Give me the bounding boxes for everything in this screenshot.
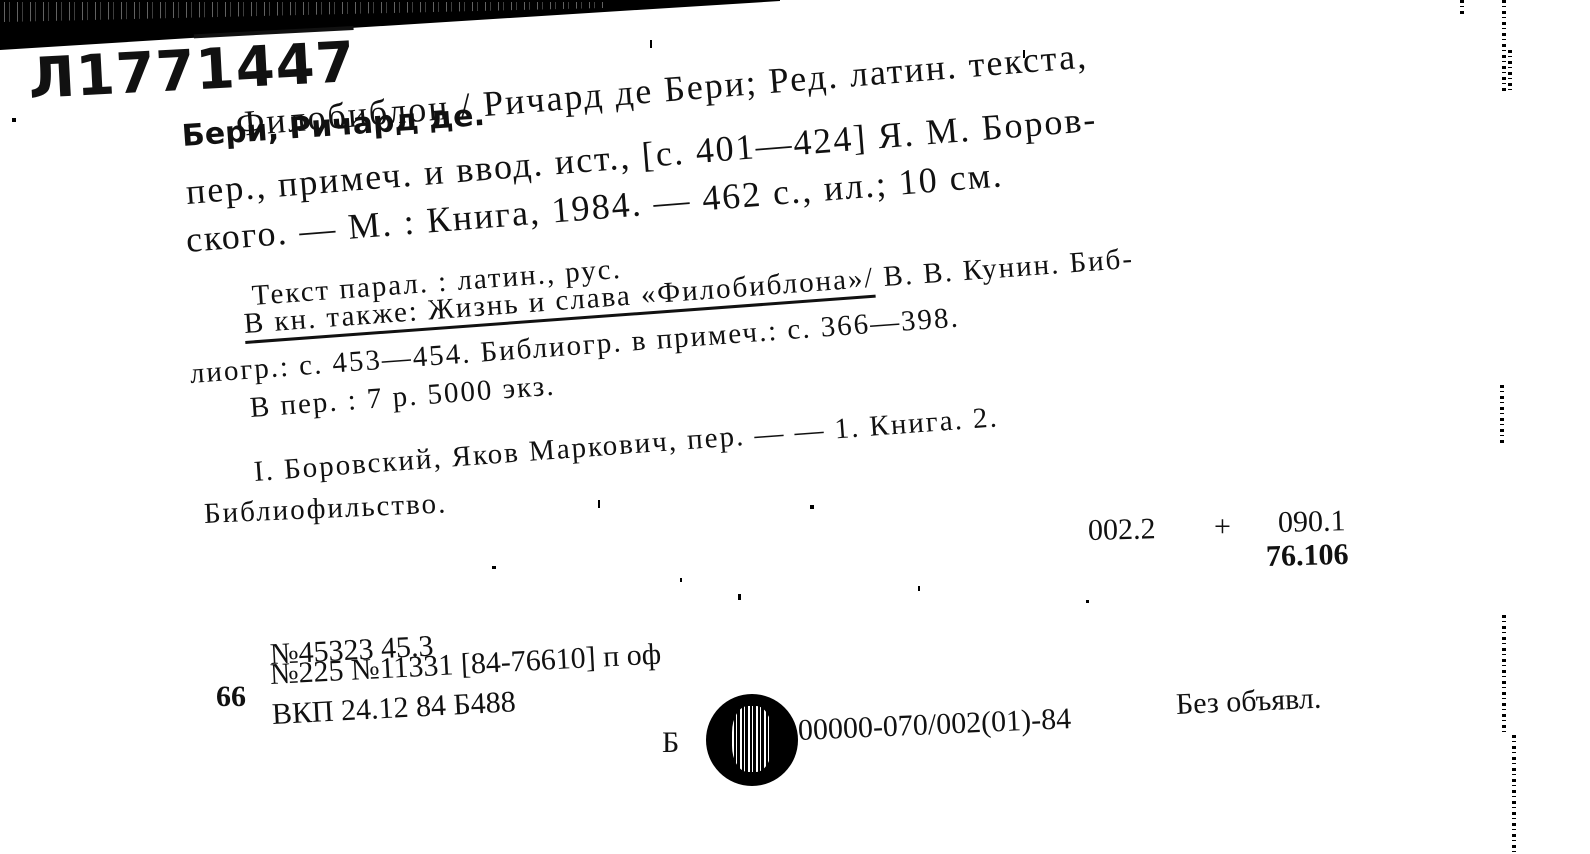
print-info-prefix: 66: [216, 682, 246, 712]
scan-edge-noise: [1500, 385, 1504, 445]
scan-speck: [492, 566, 496, 569]
publisher-code: 00000-070/002(01)-84: [797, 704, 1071, 746]
scan-speck: [1023, 50, 1025, 58]
udc-index: 002.2: [1088, 514, 1156, 546]
tracing-line-2: Библиофильство.: [203, 489, 448, 529]
scan-edge-noise: [1502, 615, 1506, 735]
library-stamp-icon: [706, 694, 798, 786]
scan-speck: [738, 594, 741, 600]
scan-speck: [650, 40, 652, 48]
scan-edge-noise: [1502, 0, 1506, 92]
publisher-code-letter: Б: [662, 728, 679, 758]
print-info-line-3: ВКП 24.12 84 Б488: [271, 687, 516, 730]
udc-index-2: 090.1: [1278, 506, 1346, 538]
catalog-card: Бери, Ричард де. Филобиблон / Ричард де …: [0, 0, 1590, 854]
scan-edge-noise: [1508, 50, 1512, 92]
publisher-note: Без объявл.: [1175, 684, 1321, 720]
scan-speck: [680, 578, 682, 582]
udc-plus: +: [1214, 512, 1231, 542]
scan-speck: [1086, 600, 1089, 603]
scan-speck: [918, 586, 920, 591]
scan-edge-noise: [1512, 735, 1516, 854]
scan-edge-noise: [1460, 0, 1464, 14]
scan-speck: [810, 505, 814, 509]
note-also-in-book-tail: В. В. Кунин. Биб-: [873, 243, 1135, 294]
tracing-line-1: I. Боровский, Яков Маркович, пер. — — 1.…: [253, 403, 1000, 487]
scan-speck: [598, 500, 600, 508]
bbk-index: 76.106: [1266, 540, 1349, 572]
scan-speck: [12, 118, 16, 122]
